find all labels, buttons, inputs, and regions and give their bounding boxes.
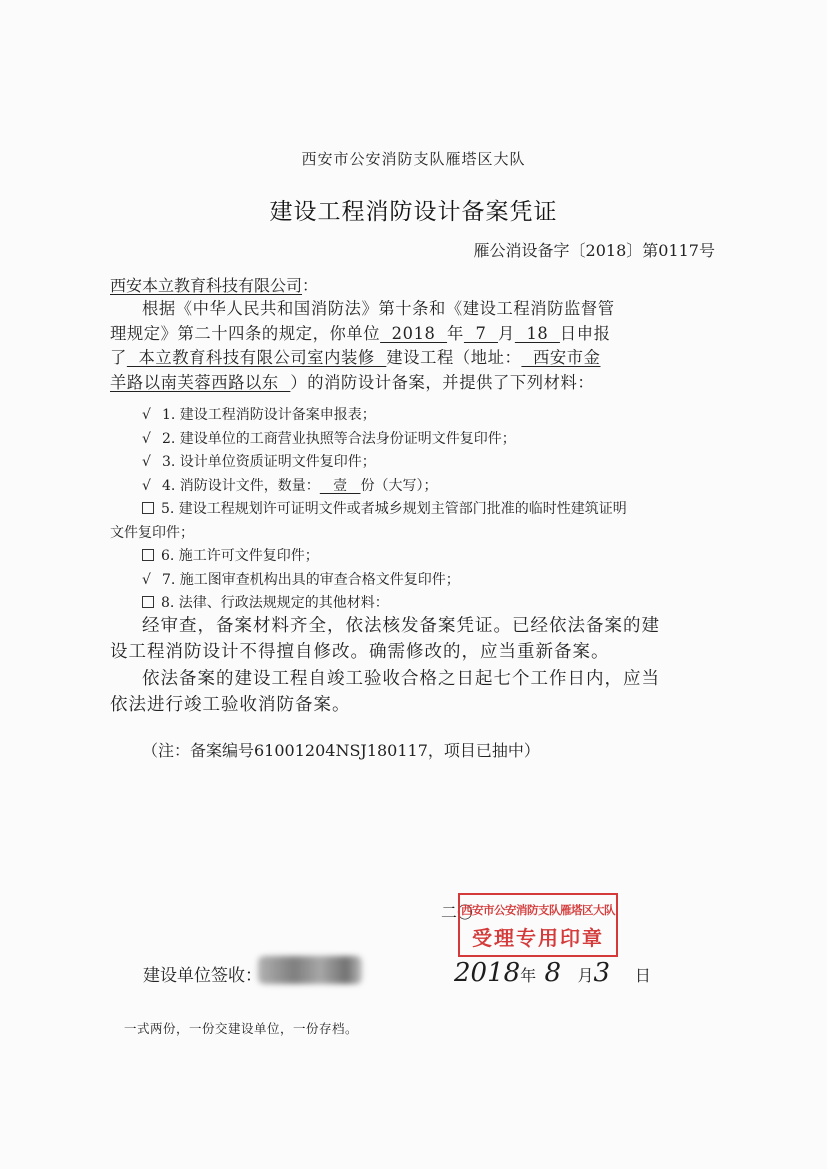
- material-text: 1. 建设工程消防设计备案申报表；: [162, 407, 376, 423]
- project-name: 本立教育科技有限公司室内装修: [127, 348, 386, 367]
- filing-day: 18: [515, 324, 560, 343]
- check-mark-icon: √: [142, 569, 162, 593]
- month-label: 月: [498, 324, 515, 343]
- hand-day-label: 日: [635, 966, 651, 985]
- material-text: 7. 施工图审查机构出具的审查合格文件复印件；: [162, 572, 460, 588]
- check-mark-icon: √: [142, 404, 162, 428]
- basis-line-4: 羊路以南芙蓉西路以东 ）的消防设计备案，并提供了下列材料：: [110, 371, 722, 396]
- material-item-1: √1. 建设工程消防设计备案申报表；: [110, 404, 722, 428]
- material-item-3: √3. 设计单位资质证明文件复印件；: [110, 451, 722, 475]
- completion-line-1: 依法备案的建设工程自竣工验收合格之日起七个工作日内，应当: [110, 666, 722, 692]
- empty-checkbox-icon: [142, 596, 154, 608]
- document-title: 建设工程消防设计备案凭证: [0, 193, 827, 226]
- empty-checkbox-icon: [142, 502, 154, 514]
- year-label: 年: [447, 324, 464, 343]
- hand-month: 8: [544, 958, 561, 988]
- blurred-signature: [258, 956, 362, 984]
- seal-label: 受理专用印章: [460, 922, 616, 951]
- basis-line-1: 根据《中华人民共和国消防法》第十条和《建设工程消防监督管: [110, 297, 722, 322]
- issuing-authority: 西安市公安消防支队雁塔区大队: [0, 148, 827, 169]
- document-number: 雁公消设备字〔2018〕第0117号: [474, 238, 715, 261]
- material-item-6: 6. 施工许可文件复印件；: [110, 545, 722, 569]
- basis-text: ）的消防设计备案，并提供了下列材料：: [290, 373, 594, 392]
- filing-note: （注：备案编号61001204NSJ180117，项目已抽中）: [142, 738, 540, 761]
- material-item-5-continuation: 文件复印件；: [110, 522, 722, 546]
- day-label: 日申报: [560, 324, 611, 343]
- addressee: 西安本立教育科技有限公司：: [110, 273, 318, 296]
- material-item-5: 5. 建设工程规划许可证明文件或者城乡规划主管部门批准的临时性建筑证明: [110, 498, 722, 522]
- review-line-1: 经审查，备案材料齐全，依法核发备案凭证。已经依法备案的建: [110, 613, 722, 639]
- project-address-part1: 西安市金: [521, 348, 600, 367]
- material-item-2: √2. 建设单位的工商营业执照等合法身份证明文件复印件；: [110, 428, 722, 452]
- material-text: 4. 消防设计文件，数量：: [162, 478, 320, 494]
- official-seal: 西安市公安消防支队雁塔区大队 受理专用印章: [458, 893, 618, 957]
- material-item-4: √4. 消防设计文件，数量： 壹 份（大写）；: [110, 475, 722, 499]
- material-text: 6. 施工许可文件复印件；: [161, 548, 319, 564]
- copies-quantity: 壹: [320, 478, 361, 494]
- basis-line-2: 理规定》第二十四条的规定，你单位 2018 年 7 月 18 日申报: [110, 322, 722, 347]
- filing-year: 2018: [380, 324, 447, 343]
- copies-note: 一式两份，一份交建设单位，一份存档。: [124, 1019, 358, 1037]
- material-text: 份（大写）；: [361, 478, 438, 494]
- paragraph-completion: 依法备案的建设工程自竣工验收合格之日起七个工作日内，应当 依法进行竣工验收消防备…: [110, 666, 722, 718]
- basis-text: 理规定》第二十四条的规定，你单位: [110, 324, 380, 343]
- material-item-7: √7. 施工图审查机构出具的审查合格文件复印件；: [110, 569, 722, 593]
- check-mark-icon: √: [142, 428, 162, 452]
- basis-text: 建设工程（地址：: [386, 348, 521, 367]
- material-text: 5. 建设工程规划许可证明文件或者城乡规划主管部门批准的临时性建筑证明: [161, 501, 627, 517]
- paragraph-basis: 根据《中华人民共和国消防法》第十条和《建设工程消防监督管 理规定》第二十四条的规…: [110, 297, 722, 395]
- empty-checkbox-icon: [142, 549, 154, 561]
- filing-month: 7: [464, 324, 498, 343]
- material-text: 2. 建设单位的工商营业执照等合法身份证明文件复印件；: [162, 431, 516, 447]
- materials-list: √1. 建设工程消防设计备案申报表； √2. 建设单位的工商营业执照等合法身份证…: [110, 404, 722, 616]
- basis-line-3: 了 本立教育科技有限公司室内装修 建设工程（地址： 西安市金: [110, 346, 722, 371]
- completion-line-2: 依法进行竣工验收消防备案。: [110, 692, 722, 718]
- check-mark-icon: √: [142, 451, 162, 475]
- addressee-name: 西安本立教育科技有限公司: [110, 276, 302, 295]
- material-text: 3. 设计单位资质证明文件复印件；: [162, 454, 376, 470]
- handwritten-date: 2018年 8 月3 日: [454, 958, 651, 988]
- project-address-part2: 羊路以南芙蓉西路以东: [110, 373, 290, 392]
- addressee-colon: ：: [302, 276, 318, 295]
- seal-organization: 西安市公安消防支队雁塔区大队: [460, 902, 616, 918]
- review-line-2: 设工程消防设计不得擅自修改。确需修改的，应当重新备案。: [110, 639, 722, 665]
- hand-day: 3: [594, 958, 611, 988]
- material-item-8: 8. 法律、行政法规规定的其他材料：: [110, 592, 722, 616]
- hand-year-label: 年: [520, 966, 536, 985]
- hand-month-label: 月: [578, 966, 594, 985]
- hand-year: 2018: [454, 958, 520, 988]
- check-mark-icon: √: [142, 475, 162, 499]
- paragraph-review: 经审查，备案材料齐全，依法核发备案凭证。已经依法备案的建 设工程消防设计不得擅自…: [110, 613, 722, 665]
- material-text: 8. 法律、行政法规规定的其他材料：: [161, 595, 389, 611]
- basis-text: 了: [110, 348, 127, 367]
- signature-label: 建设单位签收：: [143, 961, 262, 986]
